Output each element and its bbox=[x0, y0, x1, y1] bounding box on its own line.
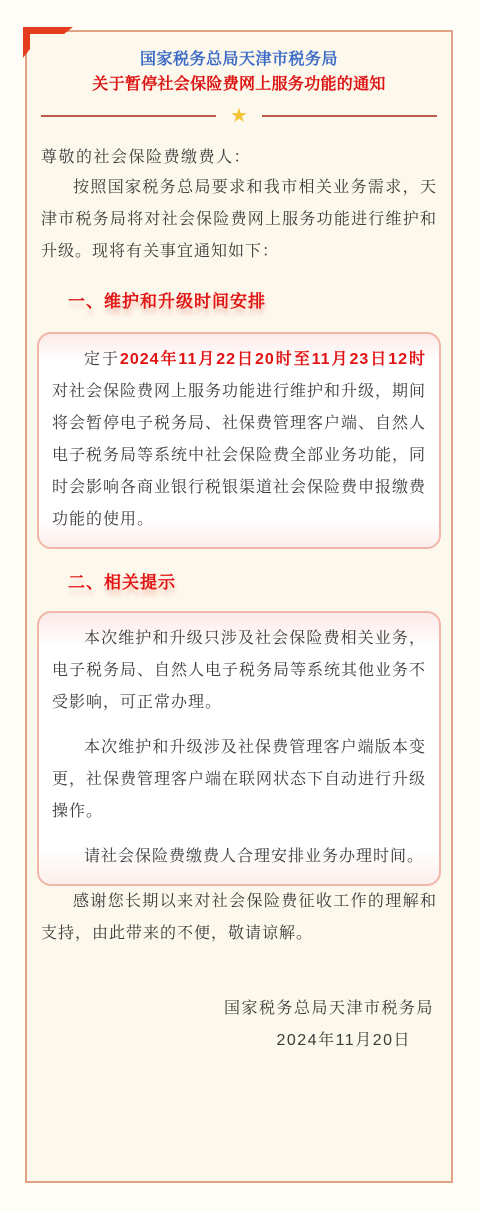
divider-line-left bbox=[41, 115, 216, 117]
section-2-paragraph-1: 本次维护和升级只涉及社会保险费相关业务，电子税务局、自然人电子税务局等系统其他业… bbox=[52, 623, 426, 719]
intro-paragraph: 按照国家税务总局要求和我市相关业务需求，天津市税务局将对社会保险费网上服务功能进… bbox=[41, 172, 437, 268]
signature-date: 2024年11月20日 bbox=[41, 1025, 437, 1057]
maintenance-time-highlight: 2024年11月22日20时至11月23日12时 bbox=[120, 351, 426, 368]
section-1-heading: 一、维护和升级时间安排 bbox=[41, 289, 437, 315]
notice-subject-title: 关于暂停社会保险费网上服务功能的通知 bbox=[41, 72, 437, 97]
section-1-text-prefix: 定于 bbox=[84, 351, 120, 368]
signature-authority: 国家税务总局天津市税务局 bbox=[41, 993, 437, 1025]
section-2-heading: 二、相关提示 bbox=[41, 570, 437, 596]
notice-header: 国家税务总局天津市税务局 关于暂停社会保险费网上服务功能的通知 bbox=[41, 47, 437, 97]
divider-line-right bbox=[262, 115, 437, 117]
section-2-paragraph-3: 请社会保险费缴费人合理安排业务办理时间。 bbox=[52, 841, 426, 873]
closing-paragraph: 感谢您长期以来对社会保险费征收工作的理解和支持，由此带来的不便，敬请谅解。 bbox=[41, 886, 437, 950]
section-1-highlight-box: 定于2024年11月22日20时至11月23日12时对社会保险费网上服务功能进行… bbox=[37, 332, 441, 549]
salutation: 尊敬的社会保险费缴费人： bbox=[41, 144, 437, 172]
section-1-paragraph: 定于2024年11月22日20时至11月23日12时对社会保险费网上服务功能进行… bbox=[52, 344, 426, 536]
issuing-authority-title: 国家税务总局天津市税务局 bbox=[41, 47, 437, 72]
section-2-paragraph-2: 本次维护和升级涉及社保费管理客户端版本变更，社保费管理客户端在联网状态下自动进行… bbox=[52, 732, 426, 828]
star-divider: ★ bbox=[41, 105, 437, 127]
section-1-text-rest: 对社会保险费网上服务功能进行维护和升级，期间将会暂停电子税务局、社保费管理客户端… bbox=[52, 383, 426, 528]
star-icon: ★ bbox=[216, 105, 262, 127]
section-2-highlight-box: 本次维护和升级只涉及社会保险费相关业务，电子税务局、自然人电子税务局等系统其他业… bbox=[37, 611, 441, 886]
notice-card: 国家税务总局天津市税务局 关于暂停社会保险费网上服务功能的通知 ★ 尊敬的社会保… bbox=[25, 30, 453, 1183]
